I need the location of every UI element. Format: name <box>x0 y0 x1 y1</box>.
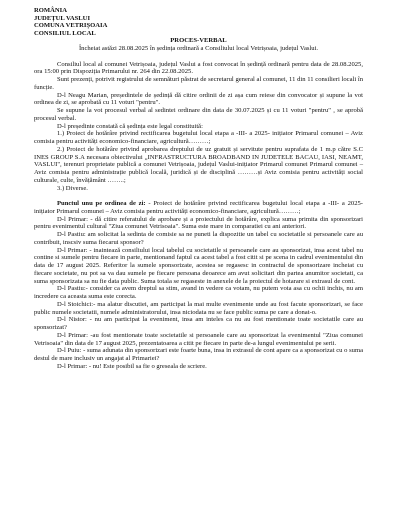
discussion-puiu: D-l Puiu: - suma adunata din sponsorizar… <box>34 347 363 363</box>
discussion-mayor-3: D-l Primar: -au fost mentionate toate so… <box>34 332 363 348</box>
document-page: ROMÂNIA JUDEȚUL VASLUI COMUNA VETRIȘOAIA… <box>34 7 363 371</box>
agenda-item-2: 2.) Proiect de hotărâre privind aprobare… <box>34 146 363 185</box>
discussion-mayor-1: D-l Primar: - dă citire referatului de a… <box>34 216 363 232</box>
header-commune: COMUNA VETRIȘOAIA <box>34 22 363 30</box>
discussion-stoichici: D-l Stoichici:- ma alatur discutiei, am … <box>34 301 363 317</box>
discussion-pastiu-2: D-l Pastiu:- consider ca avem dreptul sa… <box>34 285 363 301</box>
discussion-mayor-2: D-l Primar: - inaintează consiliului loc… <box>34 247 363 286</box>
paragraph-convocation: Consiliul local al comunei Vetrișoaia, j… <box>34 61 363 77</box>
agenda-item-1: 1.) Proiect de hotărâre privind rectific… <box>34 130 363 146</box>
paragraph-quorum: D-l președinte constată că ședința este … <box>34 123 363 131</box>
paragraph-attendance: Sunt prezenți, potrivit registrului de s… <box>34 76 363 92</box>
paragraph-minutes-vote: Se supune la vot procesul verbal al sedi… <box>34 107 363 123</box>
document-subtitle: Încheiat astăzi 28.08.2025 în ședința or… <box>34 45 363 53</box>
document-title: PROCES-VERBAL <box>34 37 363 45</box>
point-one-label: Punctul unu pe ordinea de zi: <box>57 200 146 207</box>
header-county: JUDEȚUL VASLUI <box>34 15 363 23</box>
spacer <box>34 192 363 200</box>
header-country: ROMÂNIA <box>34 7 363 15</box>
paragraph-agenda-vote: D-l Neagu Marian, președintele de ședinț… <box>34 92 363 108</box>
discussion-nistor: D-l Nistor: - nu am participat la evenim… <box>34 316 363 332</box>
discussion-pastiu-1: D-l Pastiu: am solicitat la sedinta de c… <box>34 231 363 247</box>
header-council: CONSILIUL LOCAL <box>34 30 363 38</box>
point-one-heading: Punctul unu pe ordinea de zi: - Proiect … <box>34 200 363 216</box>
agenda-item-3: 3.) Diverse. <box>34 185 363 193</box>
discussion-mayor-4: D-l Primar: - nu! Este posibil sa fie o … <box>34 363 363 371</box>
